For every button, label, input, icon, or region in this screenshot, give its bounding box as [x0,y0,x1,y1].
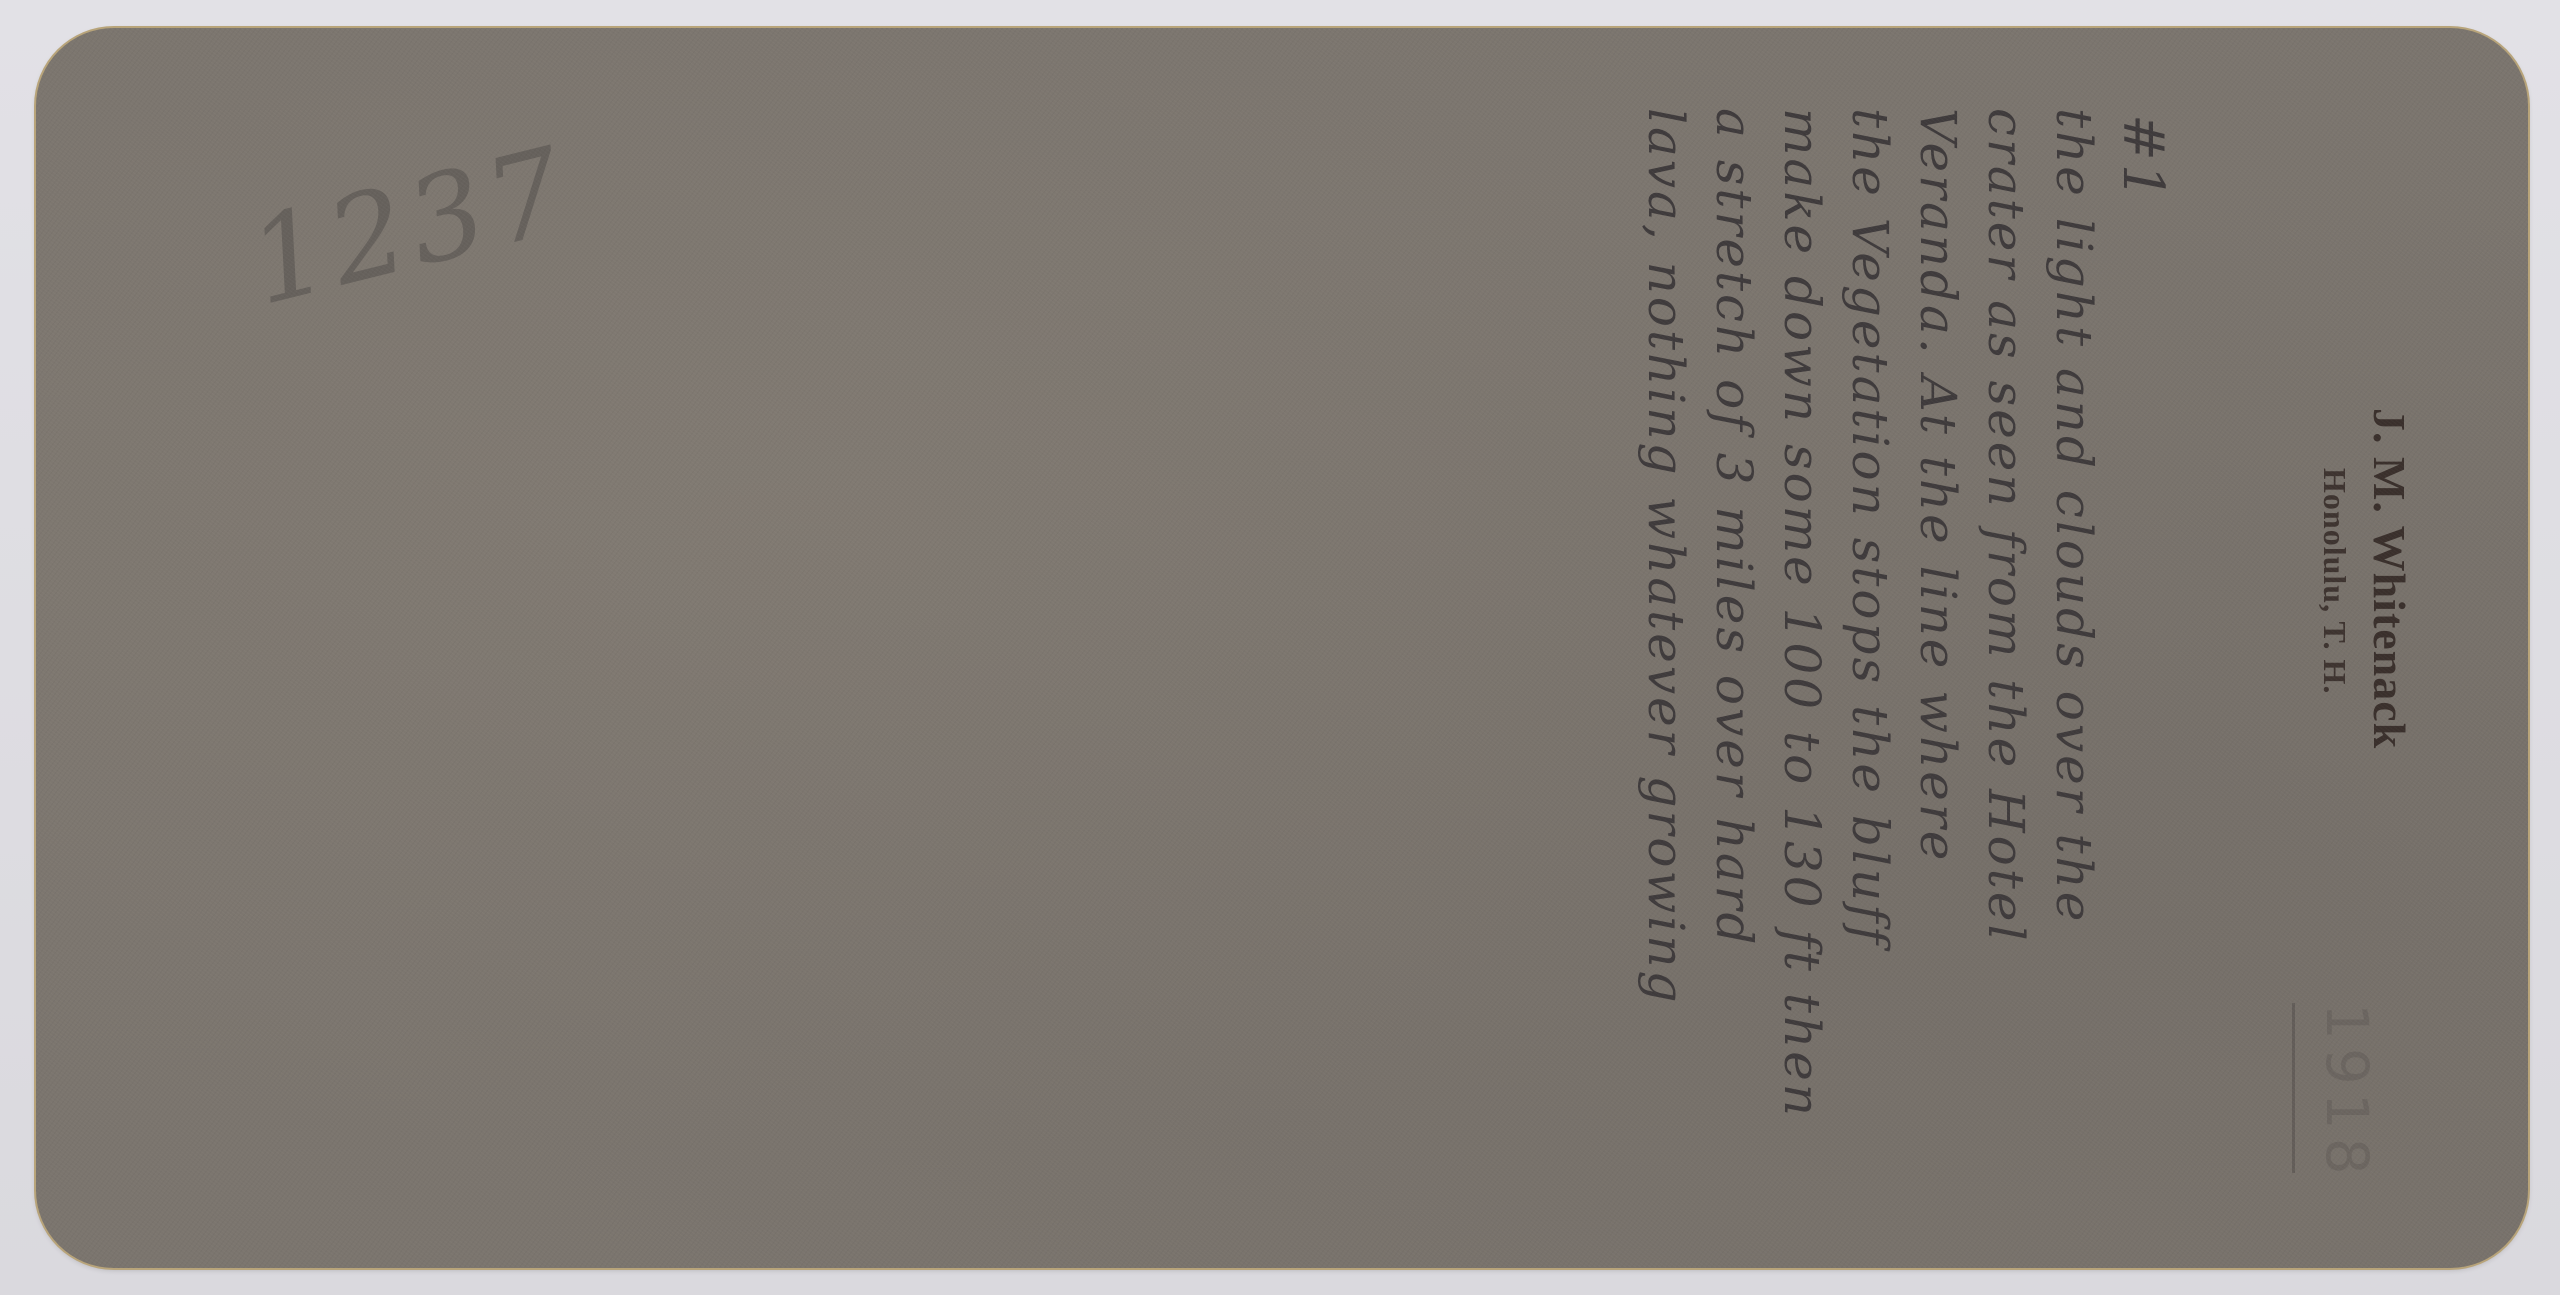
year-text: 1918 [2313,1003,2381,1183]
note-line: a stretch of 3 miles over hard [1700,108,1768,1238]
year-mark: 1918 [2291,1003,2381,1213]
note-line: crater as seen from the Hotel [1972,108,2040,1238]
page-background: 1237 #1 the light and clouds over the cr… [0,0,2560,1295]
stereograph-card-back: 1237 #1 the light and clouds over the cr… [36,28,2528,1268]
note-line: the light and clouds over the [2040,108,2108,1238]
note-line-number: #1 [2108,108,2176,1238]
note-line: Veranda. At the line where [1904,108,1972,1238]
note-line: make down some 100 to 130 ft then [1768,108,1836,1238]
publisher-city: Honolulu, T. H. [2316,468,2353,928]
handwritten-note: #1 the light and clouds over the crater … [1576,108,2176,1238]
note-line: the Vegetation stops the bluff [1836,108,1904,1238]
catalog-number: 1237 [236,120,584,332]
note-line: lava, nothing whatever growing [1632,108,1700,1238]
publisher-name: J. M. Whitenack [2363,408,2416,928]
publisher-stamp: J. M. Whitenack Honolulu, T. H. [2276,408,2416,928]
